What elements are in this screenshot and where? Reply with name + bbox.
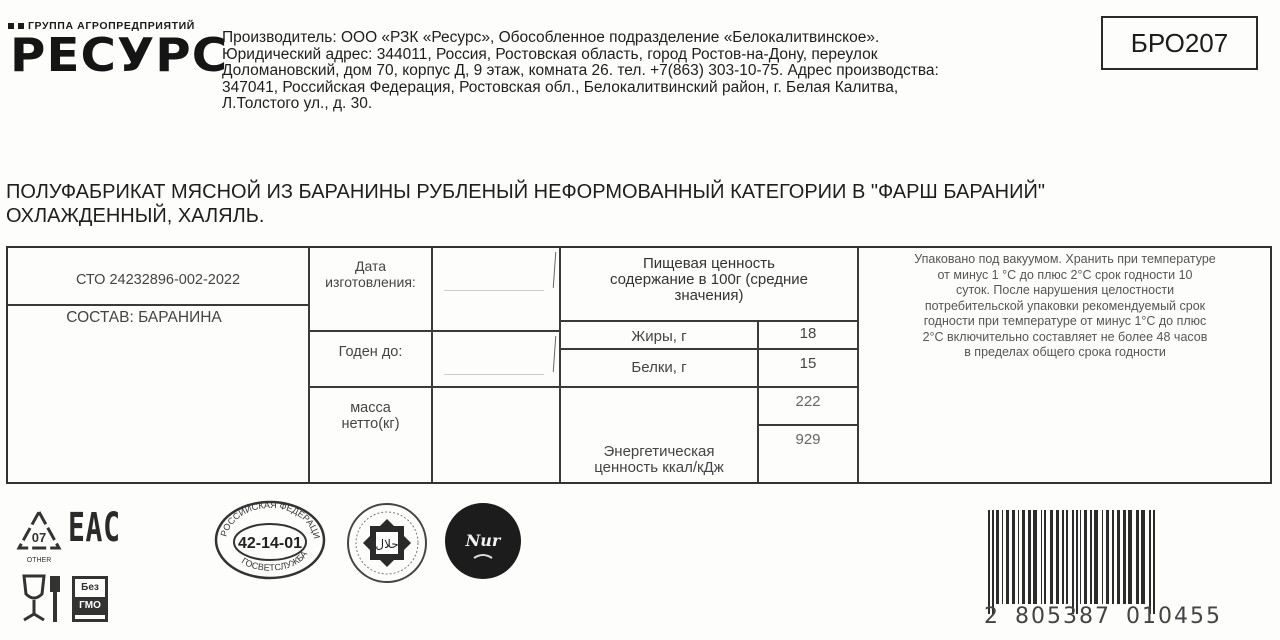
no-gmo-text-2: ГМО xyxy=(75,597,105,615)
svg-text:42-14-01: 42-14-01 xyxy=(238,535,302,552)
barcode-bar xyxy=(1066,510,1068,604)
barcode-bar xyxy=(1112,510,1114,604)
barcode-bar xyxy=(1012,510,1015,604)
best-before-label: Годен до: xyxy=(310,344,431,360)
barcode-bar xyxy=(1117,510,1120,604)
barcode-bar xyxy=(1141,510,1145,604)
manufacturer-line: Производитель: ООО «РЗК «Ресурс», Обособ… xyxy=(222,30,1072,47)
storage-line: годности при температуре от минус 1°С до… xyxy=(860,314,1270,330)
table-divider xyxy=(559,386,857,388)
barcode-bar xyxy=(1006,510,1009,604)
barcode xyxy=(988,510,1200,612)
barcode-bar xyxy=(1090,510,1092,604)
barcode-bar xyxy=(1106,510,1109,604)
energy-kcal-value: 222 xyxy=(759,394,857,410)
barcode-digit-first: 2 xyxy=(984,604,1000,629)
table-divider xyxy=(559,320,857,322)
barcode-bar xyxy=(1149,510,1151,614)
table-divider xyxy=(308,330,559,332)
net-mass-label: масса нетто(кг) xyxy=(310,400,431,432)
energy-label-2: ценность ккал/кДж xyxy=(561,460,757,476)
barcode-group-2: 010455 xyxy=(1126,604,1222,629)
barcode-bar xyxy=(1062,510,1064,604)
composition: СОСТАВ: БАРАНИНА xyxy=(8,310,280,326)
vet-stamp-icon: РОССИЙСКАЯ ФЕДЕРАЦИЯ ГОСВЕТСЛУЖБА 42-14-… xyxy=(214,500,326,580)
energy-label-1: Энергетическая xyxy=(561,444,757,460)
barcode-bar xyxy=(1153,510,1155,614)
blank-mark xyxy=(553,252,557,288)
barcode-bar xyxy=(992,510,994,614)
table-divider xyxy=(308,386,559,388)
protein-label: Белки, г xyxy=(561,360,757,376)
storage-line: потребительской упаковки рекомендуемый с… xyxy=(860,299,1270,315)
storage-line: 2°С включительно составляет не более 48 … xyxy=(860,330,1270,346)
manufacturer-line: Юридический адрес: 344011, Россия, Росто… xyxy=(222,47,1072,64)
barcode-bar xyxy=(1094,510,1098,604)
svg-text:حلال: حلال xyxy=(375,537,398,551)
production-date-label-2: изготовления: xyxy=(310,274,431,290)
nutrition-header-2: содержание в 100г (средние xyxy=(561,272,857,288)
barcode-bar xyxy=(1056,510,1059,604)
storage-line: суток. После нарушения целостности xyxy=(860,283,1270,299)
barcode-bar xyxy=(1033,510,1037,604)
nutrition-header-3: значения) xyxy=(561,288,857,304)
barcode-bar xyxy=(1076,510,1078,614)
manufacturer-line: Л.Толстого ул., д. 30. xyxy=(222,96,1072,113)
blank-value-line xyxy=(444,290,544,291)
barcode-bar xyxy=(1050,510,1053,604)
production-date-label: Дата изготовления: xyxy=(310,258,431,290)
svg-text:07: 07 xyxy=(32,530,46,545)
barcode-bar xyxy=(1128,510,1132,604)
barcode-bar xyxy=(1044,510,1046,604)
barcode-bar xyxy=(1080,510,1081,604)
barcode-bar xyxy=(1022,510,1025,604)
info-table: СТО 24232896-002-2022 СОСТАВ: БАРАНИНА Д… xyxy=(6,246,1272,484)
barcode-bar xyxy=(1136,510,1139,604)
table-divider xyxy=(857,248,859,482)
halal-seal-icon: حلال xyxy=(346,502,428,584)
manufacturer-line: Доломановский, дом 70, корпус Д, 9 этаж,… xyxy=(222,63,1072,80)
barcode-bar xyxy=(996,510,999,604)
barcode-bar xyxy=(1072,510,1074,614)
net-mass-label-1: масса xyxy=(310,400,431,416)
table-divider xyxy=(757,424,857,426)
nur-seal-icon: Nur xyxy=(444,502,522,580)
no-gmo-text-1: Без xyxy=(75,579,105,597)
product-code-box: БРО207 xyxy=(1101,16,1258,70)
manufacturer-line: 347041, Российская Федерация, Ростовская… xyxy=(222,80,1072,97)
fat-label: Жиры, г xyxy=(561,329,757,345)
storage-line: в пределах общего срока годности xyxy=(860,345,1270,361)
storage-conditions: Упаковано под вакуумом. Хранить при темп… xyxy=(860,252,1270,361)
product-title-line1: ПОЛУФАБРИКАТ МЯСНОЙ ИЗ БАРАНИНЫ РУБЛЕНЫЙ… xyxy=(6,180,1276,204)
barcode-bar xyxy=(1018,510,1019,604)
barcode-bar xyxy=(1002,510,1003,604)
energy-label: Энергетическая ценность ккал/кДж xyxy=(561,444,757,476)
storage-line: Упаковано под вакуумом. Хранить при темп… xyxy=(860,252,1270,268)
eac-icon: EAC xyxy=(68,505,121,551)
barcode-bar xyxy=(1028,510,1031,604)
blank-value-line xyxy=(444,374,544,375)
logo-brand: РЕСУРС xyxy=(10,30,228,80)
svg-text:Nur: Nur xyxy=(465,531,502,550)
svg-text:OTHER: OTHER xyxy=(27,557,52,564)
standard-number: СТО 24232896-002-2022 xyxy=(8,272,308,288)
barcode-group-1: 805387 xyxy=(1015,604,1111,629)
net-mass-label-2: нетто(кг) xyxy=(310,416,431,432)
blank-mark xyxy=(553,336,557,372)
svg-text:РОССИЙСКАЯ ФЕДЕРАЦИЯ: РОССИЙСКАЯ ФЕДЕРАЦИЯ xyxy=(214,500,322,540)
nutrition-header-1: Пищевая ценность xyxy=(561,256,857,272)
product-title-line2: ОХЛАЖДЕННЫЙ, ХАЛЯЛЬ. xyxy=(6,204,1276,228)
barcode-bar xyxy=(1041,510,1042,604)
storage-line: от минус 1 °С до плюс 2°С срок годности … xyxy=(860,268,1270,284)
protein-value: 15 xyxy=(759,356,857,372)
nutrition-header: Пищевая ценность содержание в 100г (сред… xyxy=(561,256,857,304)
production-date-label-1: Дата xyxy=(310,258,431,274)
barcode-bar xyxy=(988,510,990,614)
energy-kj-value: 929 xyxy=(759,432,857,448)
fat-value: 18 xyxy=(759,326,857,342)
product-title: ПОЛУФАБРИКАТ МЯСНОЙ ИЗ БАРАНИНЫ РУБЛЕНЫЙ… xyxy=(6,180,1276,228)
manufacturer-info: Производитель: ООО «РЗК «Ресурс», Обособ… xyxy=(222,30,1072,113)
table-divider xyxy=(559,348,857,350)
table-divider xyxy=(431,248,433,482)
food-safe-icon xyxy=(20,572,66,624)
no-gmo-icon: Без ГМО xyxy=(72,576,108,622)
barcode-bar xyxy=(1102,510,1103,604)
barcode-number: 2 805387 010455 xyxy=(984,604,1222,629)
table-divider xyxy=(8,304,308,306)
barcode-bar xyxy=(1084,510,1087,604)
recycling-icon: 07 OTHER xyxy=(14,508,64,568)
barcode-bar xyxy=(1123,510,1126,604)
